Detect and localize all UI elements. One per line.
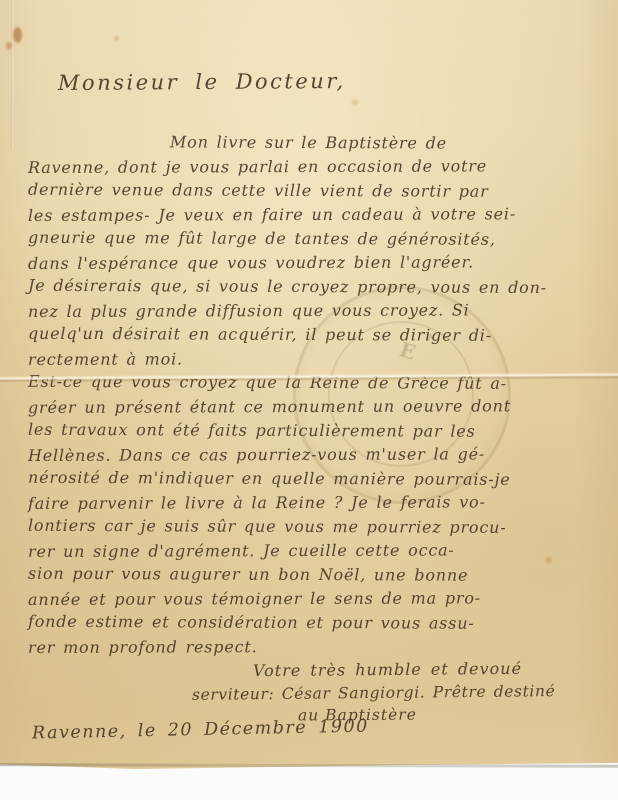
foxing-spot [6, 42, 12, 50]
body-line: faire parvenir le livre à la Reine ? Je … [28, 490, 594, 516]
body-line: dernière venue dans cette ville vient de… [28, 178, 594, 204]
body-line: sion pour vous augurer un bon Noël, une … [28, 562, 594, 588]
body-line: nez la plus grande diffusion que vous cr… [28, 298, 594, 324]
letter-body: Mon livre sur le Baptistère de Ravenne, … [28, 131, 594, 659]
body-line: quelq'un désirait en acquérir, il peut s… [28, 322, 594, 348]
body-line: dans l'espérance que vous voudrez bien l… [28, 250, 594, 276]
aged-paper-sheet: E Monsieur le Docteur, Mon livre sur le … [0, 0, 618, 769]
body-line: Mon livre sur le Baptistère de [28, 130, 594, 156]
body-line: lontiers car je suis sûr que vous me pou… [28, 514, 594, 540]
body-line: Je désirerais que, si vous le croyez pro… [28, 274, 594, 300]
body-line: Hellènes. Dans ce cas pourriez-vous m'us… [28, 442, 594, 468]
body-line: les estampes- Je veux en faire un cadeau… [28, 202, 594, 228]
closing-line: Votre très humble et devoué [253, 659, 522, 680]
body-line: année et pour vous témoigner le sens de … [28, 586, 594, 612]
closing-line-signature: serviteur: César Sangiorgi. Prêtre desti… [192, 682, 555, 704]
dateline: Ravenne, le 20 Décembre 1900 [32, 716, 369, 743]
body-line: rer mon profond respect. [28, 634, 594, 660]
foxing-spot [114, 36, 119, 41]
body-line: gréer un présent étant ce monument un oe… [28, 394, 594, 420]
foxing-spot [352, 100, 358, 105]
foxing-spot [13, 27, 22, 43]
body-line: Ravenne, dont je vous parlai en occasion… [28, 154, 594, 180]
body-line: gneurie que me fût large de tantes de gé… [28, 226, 594, 252]
body-line: fonde estime et considération et pour vo… [28, 610, 594, 636]
body-line: rer un signe d'agrément. Je cueille cett… [28, 538, 594, 564]
salutation: Monsieur le Docteur, [58, 69, 346, 95]
vertical-fold-crease [11, 0, 15, 150]
body-line: nérosité de m'indiquer en quelle manière… [28, 466, 594, 492]
body-line: les travaux ont été faits particulièreme… [28, 418, 594, 444]
letter-scan: E Monsieur le Docteur, Mon livre sur le … [0, 0, 618, 800]
body-line: rectement à moi. [28, 346, 594, 372]
